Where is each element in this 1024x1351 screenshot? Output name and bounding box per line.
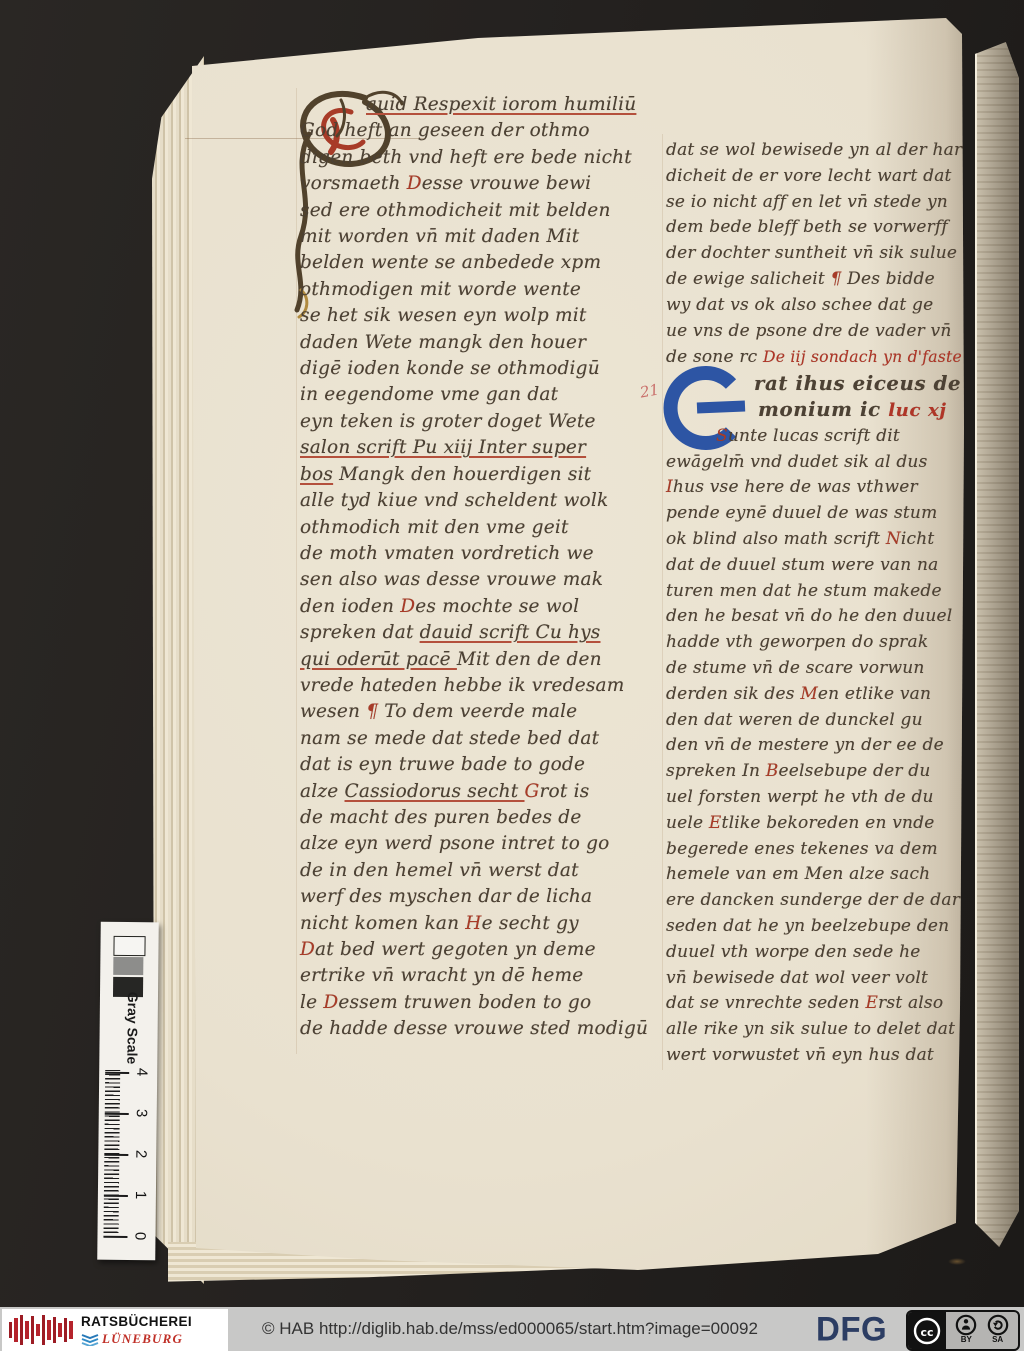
manuscript-text-segment: alze eyn werd psone intret to go — [300, 833, 610, 854]
manuscript-text-segment: auid Respexit iorom humiliū — [366, 94, 636, 115]
manuscript-line: othmodigen mit worde wente — [300, 277, 672, 303]
manuscript-text-segment: pende eynē duuel de was stum — [666, 503, 937, 523]
manuscript-text-segment: wert vorwustet vn̄ eyn hus dat — [666, 1045, 934, 1065]
manuscript-line: mit worden vn̄ mit daden Mit — [300, 224, 672, 250]
manuscript-text-segment: den ioden — [300, 596, 400, 617]
manuscript-text-segment: monium ic — [758, 397, 888, 421]
manuscript-text-segment: De iij sondach yn d'faste — [763, 347, 962, 366]
manuscript-line: bos Mangk den houerdigen sit — [300, 462, 672, 488]
library-logo-bars-icon — [9, 1313, 73, 1347]
ruler-number: 4 — [132, 1062, 150, 1082]
manuscript-text-segment: H — [465, 913, 481, 934]
manuscript-text-segment: spreken dat — [300, 622, 420, 643]
cc-by-person-icon — [955, 1314, 977, 1336]
manuscript-text-segment: D — [300, 939, 315, 960]
cc-icon: cc — [908, 1312, 946, 1349]
manuscript-text-segment: E — [709, 813, 722, 833]
manuscript-text-segment: nam se mede dat stede bed dat — [300, 728, 599, 749]
manuscript-line: spreken dat dauid scrift Cu hys — [300, 620, 672, 646]
manuscript-line: den ioden Des mochte se wol — [300, 594, 672, 620]
manuscript-line: den he besat vn̄ do he den duuel — [666, 604, 974, 630]
manuscript-text-segment: hus vse here de was vthwer — [673, 477, 918, 497]
manuscript-text-segment: sed ere othmodicheit mit belden — [300, 200, 611, 221]
manuscript-text-segment: turen men dat he stum makede — [666, 581, 942, 601]
manuscript-line: ewāgelm̄ vnd dudet sik al dus — [666, 450, 974, 476]
manuscript-line: belden wente se anbedede xpm — [300, 250, 672, 276]
manuscript-line: spreken In Beelsebupe der du — [666, 759, 974, 785]
manuscript-line: uel forsten werpt he vth de du — [666, 785, 974, 811]
manuscript-line: pende eynē duuel de was stum — [666, 501, 974, 527]
manuscript-text-segment: Cassiodorus secht — [345, 781, 525, 802]
manuscript-text-segment: salon scrift Pu xiij Inter super — [300, 437, 586, 458]
manuscript-text-segment: es mochte se wol — [415, 596, 579, 617]
manuscript-line: dat is eyn truwe bade to gode — [300, 752, 672, 778]
manuscript-text-segment: To dem veerde male — [384, 701, 577, 722]
manuscript-line: auid Respexit iorom humiliū — [300, 92, 672, 118]
manuscript-line: se het sik wesen eyn wolp mit — [300, 303, 672, 329]
manuscript-line: wy dat vs ok also schee dat ge — [666, 293, 974, 319]
manuscript-text-segment: esse vrouwe bewi — [422, 173, 592, 194]
manuscript-text-segment: in eegendome vme gan dat — [300, 384, 558, 405]
library-name: RATSBÜCHEREI LÜNEBURG — [81, 1314, 192, 1347]
manuscript-text-segment: de moth vmaten vordretich we — [300, 543, 594, 564]
manuscript-text-segment: daden Wete mangk den houer — [300, 332, 586, 353]
manuscript-text-segment: icht — [901, 529, 935, 549]
manuscript-text-segment: ue vns de psone dre de vader vn̄ — [666, 321, 951, 341]
quire-mark — [948, 1258, 966, 1265]
manuscript-text-segment: othmodigen mit worde wente — [300, 279, 581, 300]
manuscript-text-segment: dat de duuel stum were van na — [666, 555, 939, 575]
manuscript-line: Sunte lucas scrift dit — [666, 424, 974, 450]
manuscript-text-segment: rat ihus eiceus de — [754, 371, 961, 395]
manuscript-line: dicheit de er vore lecht wart dat — [666, 164, 974, 190]
manuscript-line: de sone rc De iij sondach yn d'faste — [666, 344, 974, 371]
manuscript-text-segment: vrede hateden hebbe ik vredesam — [300, 675, 625, 696]
library-logo: RATSBÜCHEREI LÜNEBURG — [2, 1309, 228, 1351]
manuscript-text-segment: M — [800, 684, 818, 704]
manuscript-line: digen beth vnd heft ere bede nicht — [300, 145, 672, 171]
manuscript-line: sen also was desse vrouwe mak — [300, 567, 672, 593]
cc-license-badge: cc BY SA — [906, 1310, 1020, 1351]
adjacent-page-edge — [975, 42, 1019, 1247]
manuscript-text-segment: ewāgelm̄ vnd dudet sik al dus — [666, 452, 928, 472]
ruler-number: 1 — [131, 1185, 149, 1205]
manuscript-line: alle rike yn sik sulue to delet dat — [666, 1017, 974, 1043]
manuscript-line: de in den hemel vn̄ werst dat — [300, 858, 672, 884]
ruler-major-tick — [103, 1236, 127, 1238]
manuscript-line: derden sik des Men etlike van — [666, 682, 974, 708]
manuscript-text-segment: den vn̄ de mestere yn der ee de — [666, 735, 944, 755]
manuscript-line: God heft an geseen der othmo — [300, 118, 672, 144]
manuscript-text-segment: wy dat vs ok also schee dat ge — [666, 295, 933, 315]
cc-by-module: BY — [955, 1314, 977, 1344]
manuscript-line: werf des myschen dar de licha — [300, 884, 672, 910]
manuscript-text-segment: hadde vth geworpen do sprak — [666, 632, 928, 652]
manuscript-text-segment: ok blind also math scrift — [666, 529, 886, 549]
manuscript-text-segment: Des bidde — [847, 269, 935, 289]
manuscript-text-segment: den he besat vn̄ do he den duuel — [666, 606, 952, 626]
manuscript-text-segment: dicheit de er vore lecht wart dat — [666, 166, 952, 186]
manuscript-line: digē ioden konde se othmodigū — [300, 356, 672, 382]
manuscript-line: vn̄ bewisede dat wol veer volt — [666, 966, 974, 992]
manuscript-line: uele Etlike bekoreden en vnde — [666, 811, 974, 837]
manuscript-text-segment: ere dancken sunderge der de dar — [666, 890, 960, 910]
manuscript-line: de stume vn̄ de scare vorwun — [666, 656, 974, 682]
manuscript-text-segment: digē ioden konde se othmodigū — [300, 358, 600, 379]
cc-modules: BY SA — [946, 1312, 1018, 1349]
manuscript-text-segment: essem truwen boden to go — [338, 992, 591, 1013]
manuscript-text-segment: digen beth vnd heft ere bede nicht — [300, 147, 632, 168]
manuscript-text-segment: spreken In — [666, 761, 766, 781]
ruler-major-tick — [104, 1154, 128, 1156]
manuscript-line: alle tyd kiue vnd scheldent wolk — [300, 488, 672, 514]
manuscript-text-segment: God heft an geseen der othmo — [300, 120, 590, 141]
manuscript-text-segment: E — [865, 993, 878, 1013]
manuscript-text-segment: e secht gy — [482, 913, 579, 934]
manuscript-text-segment: at bed wert gegoten yn deme — [315, 939, 596, 960]
manuscript-text-segment: eyn teken is groter doget Wete — [300, 411, 596, 432]
svg-text:cc: cc — [920, 1326, 933, 1339]
manuscript-line: alze eyn werd psone intret to go — [300, 831, 672, 857]
manuscript-text-segment: dauid scrift Cu hys — [420, 622, 601, 643]
manuscript-right-column: dat se wol bewisede yn al der hardicheit… — [666, 138, 974, 1069]
manuscript-text-segment: N — [886, 529, 901, 549]
ruler-major-tick — [105, 1072, 129, 1074]
manuscript-line: salon scrift Pu xiij Inter super — [300, 435, 672, 461]
manuscript-line: turen men dat he stum makede — [666, 579, 974, 605]
manuscript-line: Ihus vse here de was vthwer — [666, 475, 974, 501]
manuscript-text-segment: alle rike yn sik sulue to delet dat — [666, 1019, 955, 1039]
manuscript-line: othmodich mit den vme geit — [300, 515, 672, 541]
manuscript-line: ue vns de psone dre de vader vn̄ — [666, 319, 974, 345]
manuscript-line: sed ere othmodicheit mit belden — [300, 198, 672, 224]
ruler-number: 3 — [132, 1103, 150, 1123]
manuscript-text-segment: tlike bekoreden en vnde — [722, 813, 935, 833]
manuscript-text-segment: othmodich mit den vme geit — [300, 517, 569, 538]
manuscript-text-segment: rst also — [878, 993, 943, 1013]
manuscript-text-segment: G — [525, 781, 540, 802]
manuscript-text-segment: den dat weren de dunckel gu — [666, 710, 923, 730]
dfg-logo: DFG — [816, 1309, 887, 1349]
manuscript-text-segment: le — [300, 992, 323, 1013]
manuscript-text-segment: Mit den de den — [457, 649, 602, 670]
manuscript-line: qui oderūt pacē Mit den de den — [300, 647, 672, 673]
manuscript-text-segment: I — [666, 477, 673, 497]
manuscript-text-segment: vn̄ bewisede dat wol veer volt — [666, 968, 928, 988]
manuscript-text-segment: dem bede bleff beth se vorwerff — [666, 217, 948, 237]
manuscript-line: eyn teken is groter doget Wete — [300, 409, 672, 435]
manuscript-text-segment: nicht komen kan — [300, 913, 465, 934]
manuscript-line: der dochter suntheit vn̄ sik sulue — [666, 241, 974, 267]
manuscript-text-segment: eelsebupe der du — [778, 761, 930, 781]
manuscript-line: wesen ¶ To dem veerde male — [300, 699, 672, 725]
cc-sa-arrow-icon — [987, 1314, 1009, 1336]
manuscript-line: se io nicht aff en let vn̄ stede yn — [666, 190, 974, 216]
manuscript-line: vrede hateden hebbe ik vredesam — [300, 673, 672, 699]
manuscript-text-segment: dat se wol bewisede yn al der har — [666, 140, 962, 160]
cc-sa-module: SA — [987, 1314, 1009, 1344]
manuscript-text-segment: wesen — [300, 701, 366, 722]
manuscript-text-segment: unte lucas scrift dit — [728, 426, 900, 446]
attribution-text: © HAB http://diglib.hab.de/mss/ed000065/… — [232, 1319, 788, 1339]
manuscript-scan-viewer: auid Respexit iorom humiliūGod heft an g… — [0, 0, 1024, 1351]
manuscript-text-segment: bos — [300, 464, 333, 485]
manuscript-text-segment: se io nicht aff en let vn̄ stede yn — [666, 192, 948, 212]
manuscript-line: wert vorwustet vn̄ eyn hus dat — [666, 1043, 974, 1069]
manuscript-line: nam se mede dat stede bed dat — [300, 726, 672, 752]
manuscript-line: Dat bed wert gegoten yn deme — [300, 937, 672, 963]
manuscript-line: de macht des puren bedes de — [300, 805, 672, 831]
manuscript-text-segment: rot is — [540, 781, 590, 802]
manuscript-text-segment: alle tyd kiue vnd scheldent wolk — [300, 490, 608, 511]
manuscript-text-segment: ¶ — [366, 701, 384, 722]
manuscript-text-segment: alze — [300, 781, 345, 802]
manuscript-line: den vn̄ de mestere yn der ee de — [666, 733, 974, 759]
cc-by-label: BY — [961, 1335, 972, 1344]
manuscript-line: hadde vth geworpen do sprak — [666, 630, 974, 656]
manuscript-line: vorsmaeth Desse vrouwe bewi — [300, 171, 672, 197]
manuscript-text-segment: D — [323, 992, 338, 1013]
cc-sa-label: SA — [992, 1335, 1003, 1344]
library-name-line2: LÜNEBURG — [102, 1331, 183, 1347]
manuscript-text-segment: dat is eyn truwe bade to gode — [300, 754, 585, 775]
gray-patch-white — [113, 936, 145, 956]
manuscript-line: de ewige salicheit ¶ Des bidde — [666, 267, 974, 293]
manuscript-text-segment: dat se vnrechte seden — [666, 993, 865, 1013]
manuscript-text-segment: luc xj — [888, 400, 946, 421]
manuscript-text-segment: uel forsten werpt he vth de du — [666, 787, 934, 807]
manuscript-left-column: auid Respexit iorom humiliūGod heft an g… — [300, 92, 672, 1043]
manuscript-text-segment: de hadde desse vrouwe sted modigū — [300, 1018, 648, 1039]
manuscript-line: ertrike vn̄ wracht yn dē heme — [300, 963, 672, 989]
manuscript-line: ere dancken sunderge der de dar — [666, 888, 974, 914]
manuscript-text-segment: duuel vth worpe den sede he — [666, 942, 921, 962]
manuscript-text-segment: B — [766, 761, 779, 781]
manuscript-line: in eegendome vme gan dat — [300, 382, 672, 408]
manuscript-text-segment: uele — [666, 813, 709, 833]
manuscript-line: le Dessem truwen boden to go — [300, 990, 672, 1016]
footer-bar: RATSBÜCHEREI LÜNEBURG © HAB http://digli… — [0, 1307, 1024, 1351]
manuscript-line: dat de duuel stum were van na — [666, 553, 974, 579]
manuscript-text-segment: derden sik des — [666, 684, 800, 704]
manuscript-text-segment: hemele van em Men alze sach — [666, 864, 930, 884]
manuscript-text-segment: sen also was desse vrouwe mak — [300, 569, 603, 590]
manuscript-line: begerede enes tekenes va dem — [666, 837, 974, 863]
manuscript-text-segment: der dochter suntheit vn̄ sik sulue — [666, 243, 957, 263]
manuscript-text-segment: vorsmaeth — [300, 173, 407, 194]
manuscript-text-segment: seden dat he yn beelzebupe den — [666, 916, 949, 936]
grayscale-ruler: Gray Scale 4 3 2 1 0 — [97, 922, 159, 1261]
manuscript-line: daden Wete mangk den houer — [300, 330, 672, 356]
manuscript-line: dat se wol bewisede yn al der har — [666, 138, 974, 164]
manuscript-text-segment: belden wente se anbedede xpm — [300, 252, 601, 273]
manuscript-line: de moth vmaten vordretich we — [300, 541, 672, 567]
manuscript-text-segment: de in den hemel vn̄ werst dat — [300, 860, 579, 881]
library-waves-icon — [81, 1332, 99, 1346]
manuscript-text-segment: mit worden vn̄ mit daden Mit — [300, 226, 579, 247]
manuscript-text-segment: ertrike vn̄ wracht yn dē heme — [300, 965, 583, 986]
manuscript-text-segment: D — [407, 173, 422, 194]
manuscript-line: rat ihus eiceus de — [666, 371, 974, 397]
manuscript-text-segment: Mangk den houerdigen sit — [333, 464, 591, 485]
manuscript-line: nicht komen kan He secht gy — [300, 911, 672, 937]
manuscript-text-segment: ¶ — [830, 269, 847, 289]
manuscript-text-segment: qui oderūt pacē — [300, 649, 457, 670]
manuscript-line: duuel vth worpe den sede he — [666, 940, 974, 966]
ruler-number: 2 — [131, 1144, 149, 1164]
ruler-major-tick — [105, 1113, 129, 1115]
manuscript-line: ok blind also math scrift Nicht — [666, 527, 974, 553]
manuscript-text-segment: de sone rc — [666, 347, 763, 367]
manuscript-text-segment: werf des myschen dar de licha — [300, 886, 592, 907]
ruler-number: 0 — [130, 1226, 148, 1246]
manuscript-line: de hadde desse vrouwe sted modigū — [300, 1016, 672, 1042]
manuscript-line: den dat weren de dunckel gu — [666, 708, 974, 734]
manuscript-text-segment: en etlike van — [818, 684, 931, 704]
manuscript-text-segment: de macht des puren bedes de — [300, 807, 582, 828]
manuscript-line: dem bede bleff beth se vorwerff — [666, 215, 974, 241]
pencil-marginal-number: 21 — [639, 380, 661, 401]
manuscript-text-segment: begerede enes tekenes va dem — [666, 839, 938, 859]
manuscript-text-segment: S — [716, 426, 728, 446]
library-name-line1: RATSBÜCHEREI — [81, 1314, 192, 1329]
manuscript-line: seden dat he yn beelzebupe den — [666, 914, 974, 940]
manuscript-line: monium ic luc xj — [666, 397, 974, 424]
manuscript-text-segment: se het sik wesen eyn wolp mit — [300, 305, 587, 326]
manuscript-line: dat se vnrechte seden Erst also — [666, 991, 974, 1017]
manuscript-line: hemele van em Men alze sach — [666, 862, 974, 888]
manuscript-text-segment: D — [400, 596, 415, 617]
ruler-major-tick — [104, 1195, 128, 1197]
manuscript-text-segment: de stume vn̄ de scare vorwun — [666, 658, 925, 678]
manuscript-line: alze Cassiodorus secht Grot is — [300, 779, 672, 805]
manuscript-text-segment: de ewige salicheit — [666, 269, 830, 289]
